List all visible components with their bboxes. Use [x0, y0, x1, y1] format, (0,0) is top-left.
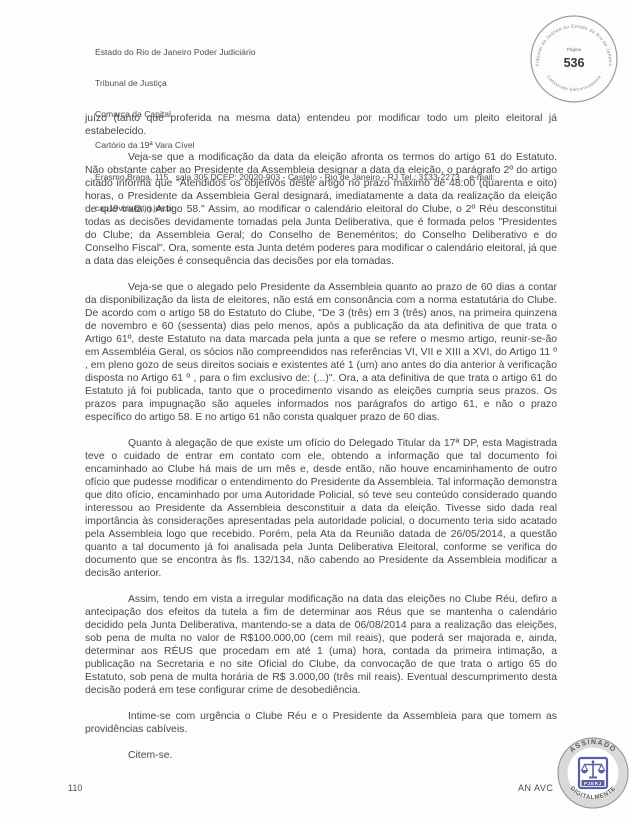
paragraph: juízo (tanto que proferida na mesma data…	[85, 112, 557, 138]
footer-page-number: 110	[68, 783, 82, 793]
letterhead-line: Estado do Rio de Janeiro Poder Judiciári…	[95, 47, 515, 57]
decision-text: juízo (tanto que proferida na mesma data…	[85, 112, 557, 775]
paragraph: Quanto à alegação de que existe um ofíci…	[85, 437, 557, 580]
paragraph: Citem-se.	[85, 749, 557, 762]
digital-signature-seal: ASSINADO DIGITALMENTE PJERJ	[556, 736, 630, 810]
scales-icon: PJERJ	[579, 758, 607, 788]
signature-seal-icon: ASSINADO DIGITALMENTE PJERJ	[556, 736, 630, 810]
paragraph: Veja-se que a modificação da data da ele…	[85, 151, 557, 268]
footer-initials: AN AVC	[518, 783, 553, 793]
page-number-stamp: Tribunal de Justiça do Estado do Rio de …	[528, 14, 622, 104]
document-page: Estado do Rio de Janeiro Poder Judiciári…	[0, 0, 630, 821]
paragraph: Assim, tendo em vista a irregular modifi…	[85, 593, 557, 697]
page-number-value: 536	[564, 56, 585, 70]
seal-center-label: PJERJ	[584, 781, 602, 786]
page-stamp-icon: Tribunal de Justiça do Estado do Rio de …	[528, 14, 622, 104]
paragraph: Intime-se com urgência o Clube Réu e o P…	[85, 710, 557, 736]
letterhead-line: Tribunal de Justiça	[95, 78, 515, 88]
paragraph: Veja-se que o alegado pelo Presidente da…	[85, 281, 557, 424]
page-label: Página	[567, 47, 582, 52]
